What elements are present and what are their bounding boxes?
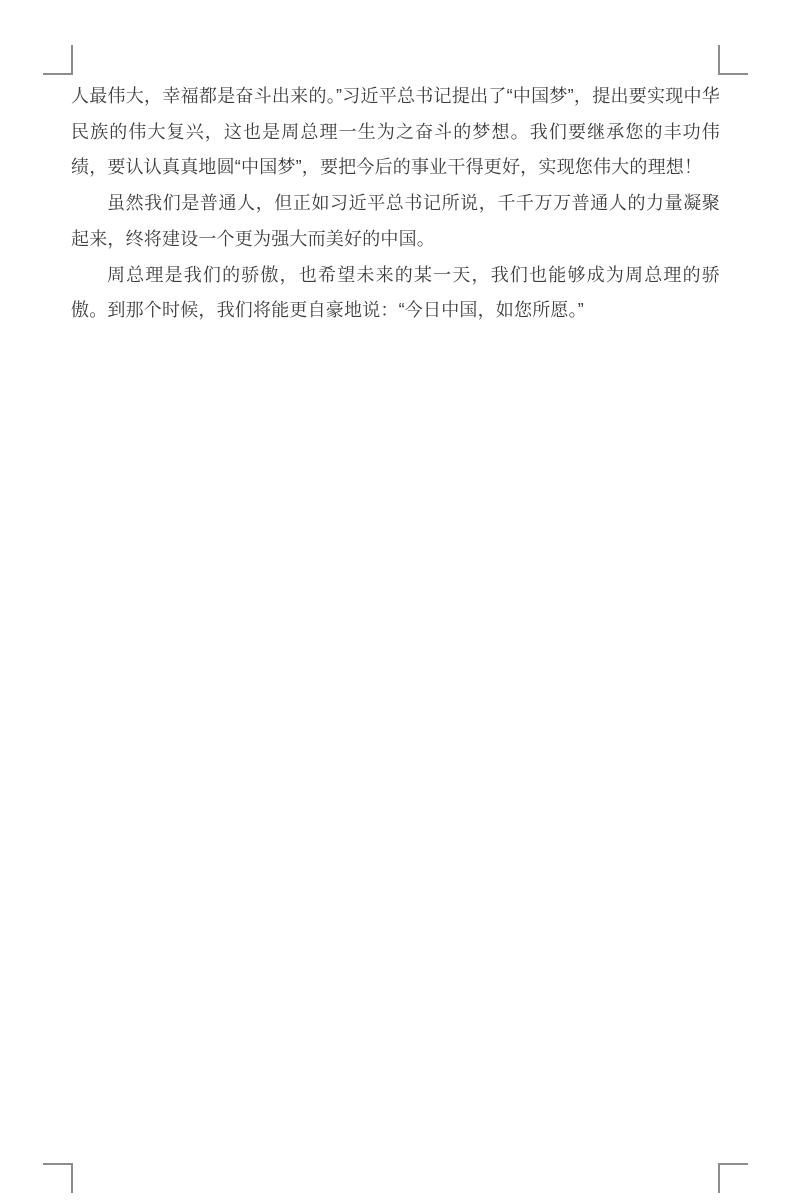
document-text-body: 人最伟大，幸福都是奋斗出来的。”习近平总书记提出了“中国梦”，提出要实现中华民族…: [71, 79, 720, 329]
paragraph-2: 虽然我们是普通人，但正如习近平总书记所说，千千万万普通人的力量凝聚起来，终将建设…: [71, 186, 720, 257]
crop-mark-top-left: [43, 45, 73, 75]
crop-mark-bottom-right: [718, 1163, 748, 1193]
paragraph-continuation: 人最伟大，幸福都是奋斗出来的。”习近平总书记提出了“中国梦”，提出要实现中华民族…: [71, 79, 720, 186]
crop-mark-top-right: [718, 45, 748, 75]
paragraph-3: 周总理是我们的骄傲，也希望未来的某一天，我们也能够成为周总理的骄傲。到那个时候，…: [71, 258, 720, 329]
crop-mark-bottom-left: [43, 1163, 73, 1193]
document-page: 人最伟大，幸福都是奋斗出来的。”习近平总书记提出了“中国梦”，提出要实现中华民族…: [0, 0, 800, 1200]
